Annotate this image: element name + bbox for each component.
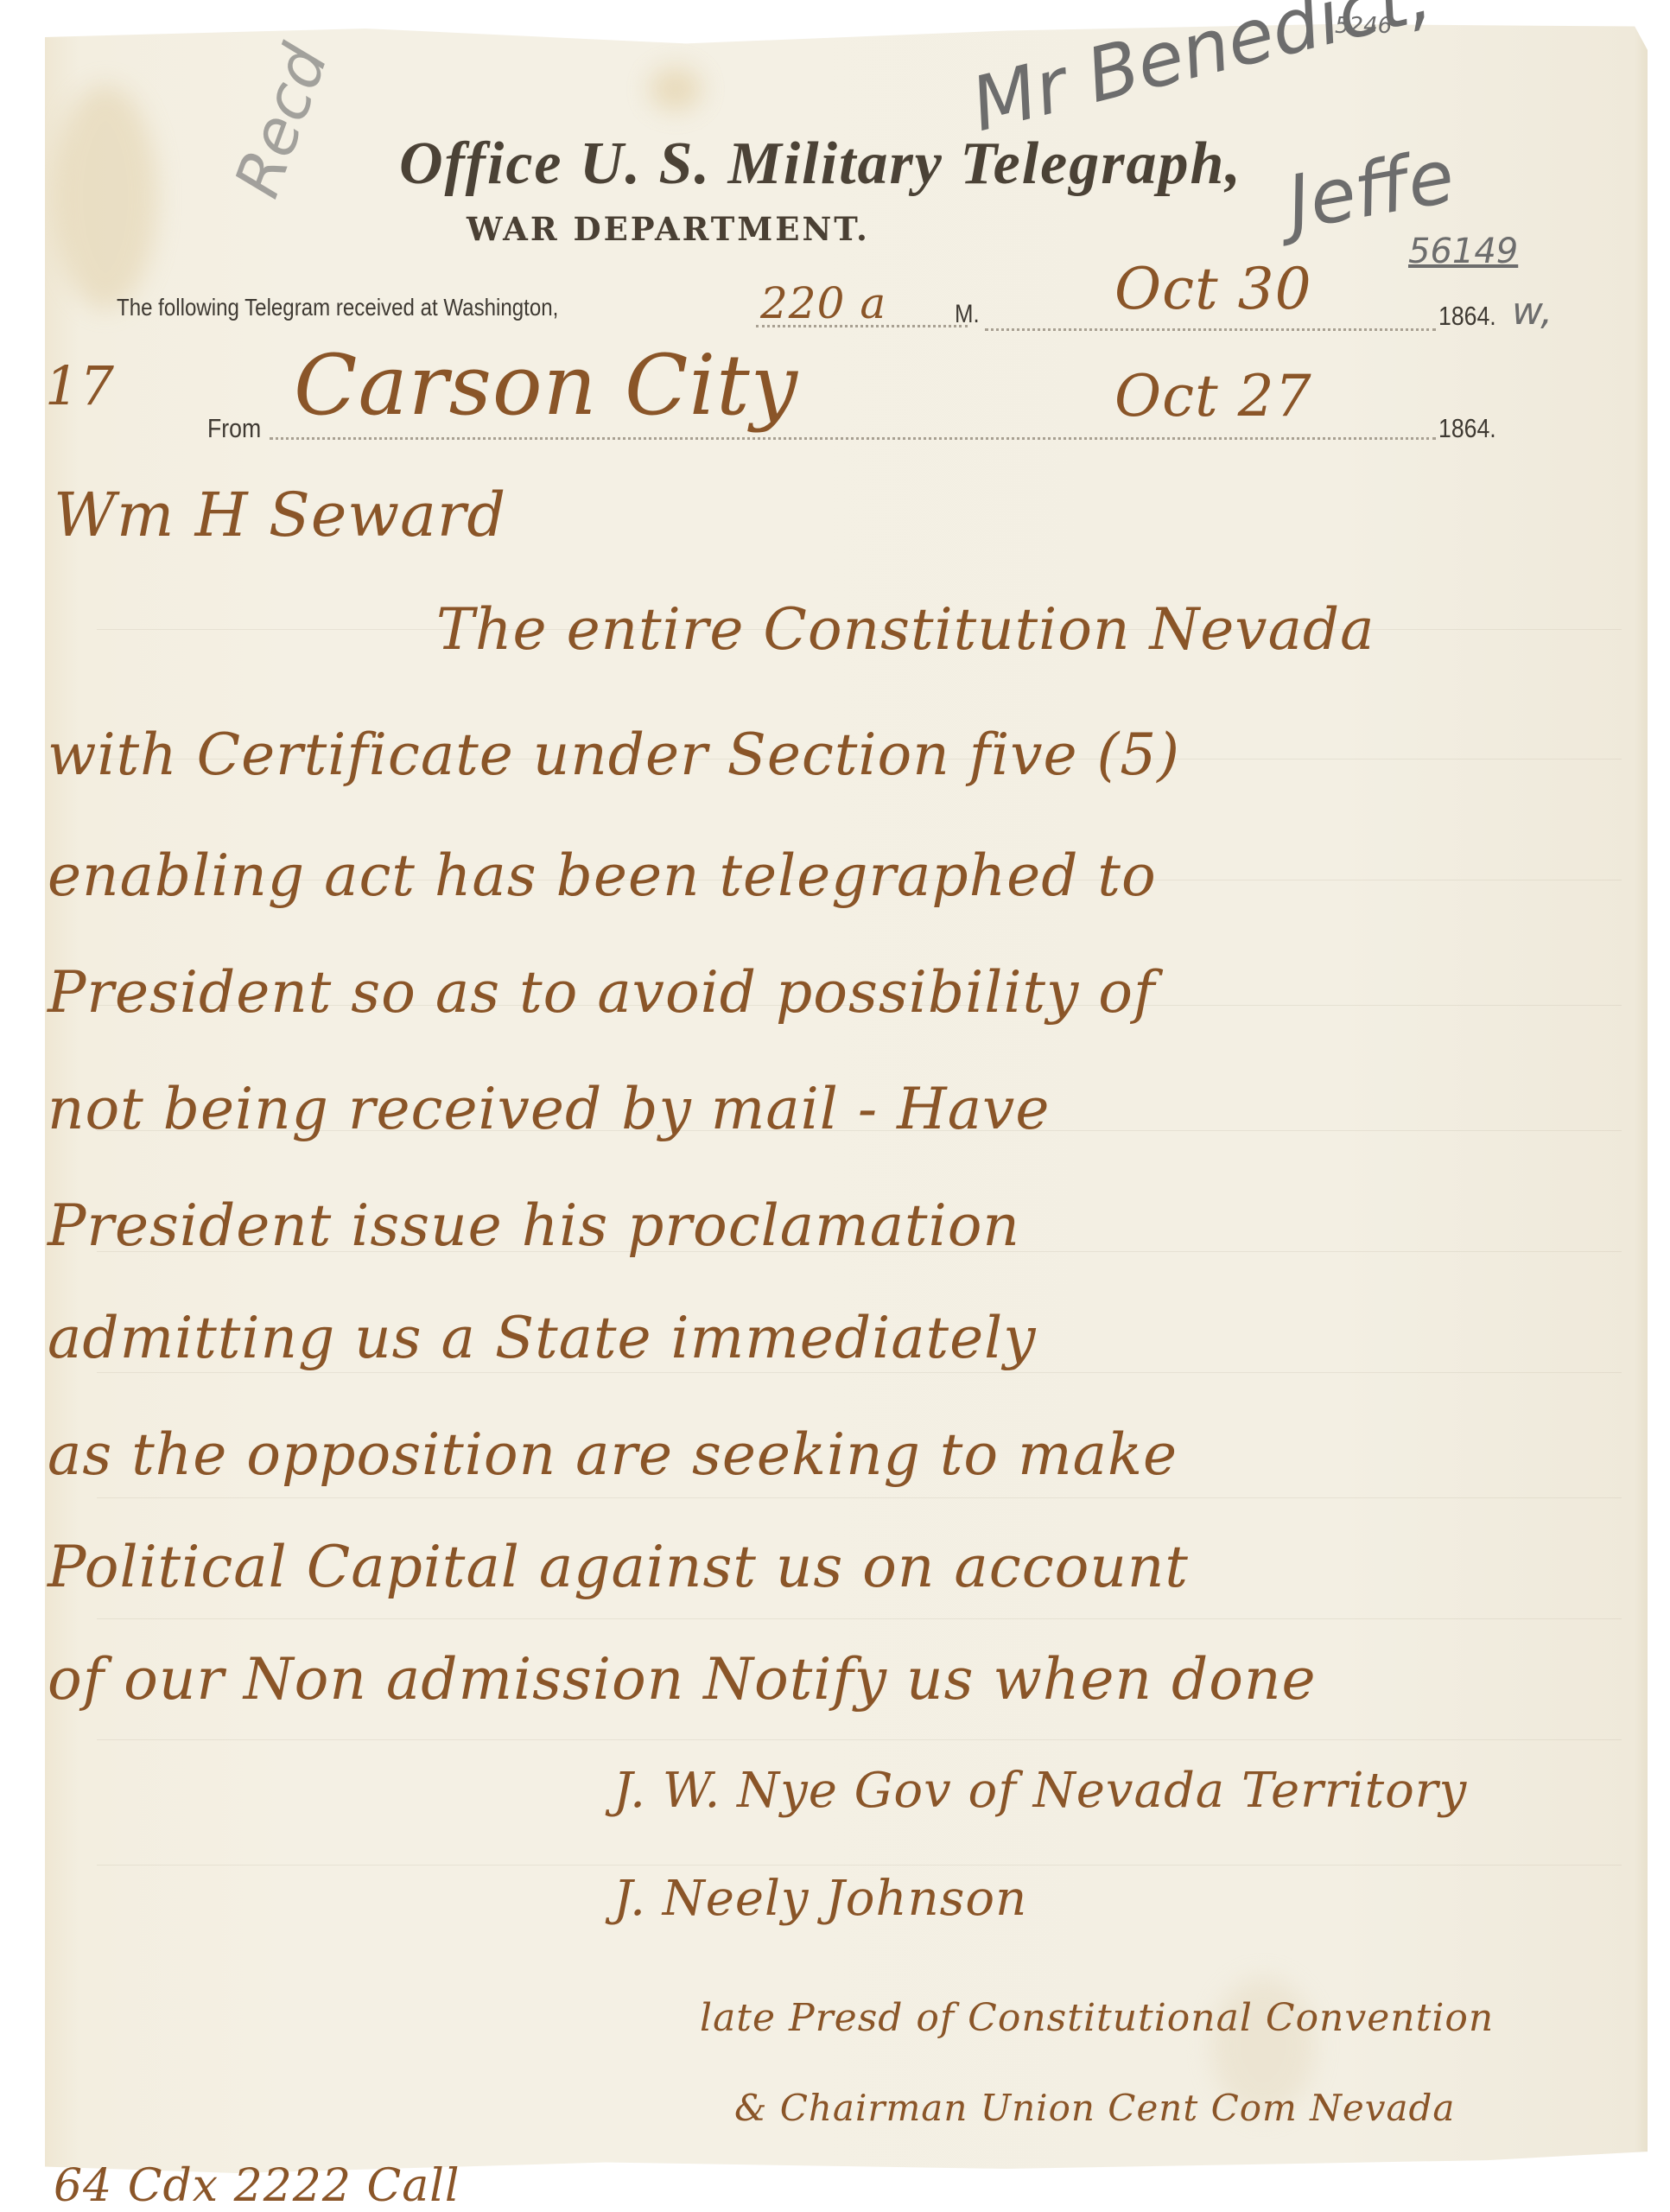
received-year: 1864. (1438, 301, 1496, 332)
letterhead-title: Office U. S. Military Telegraph, (399, 130, 1242, 199)
body-line: not being received by mail - Have (48, 1076, 1050, 1142)
addressee: Wm H Seward (54, 480, 506, 550)
from-place: Carson City (294, 337, 798, 434)
received-year-annotation: w, (1512, 289, 1553, 334)
body-line: admitting us a State immediately (48, 1305, 1037, 1371)
received-label: The following Telegram received at Washi… (117, 294, 558, 321)
from-year: 1864. (1438, 413, 1496, 444)
body-line: President so as to avoid possibility of (48, 959, 1155, 1026)
body-line: with Certificate under Section five (5) (48, 721, 1180, 788)
received-date: Oct 30 (1114, 256, 1312, 322)
body-line: enabling act has been telegraphed to (48, 842, 1157, 909)
letterhead-subtitle: WAR DEPARTMENT. (467, 210, 870, 248)
signature-nye: J. W. Nye Gov of Nevada Territory (613, 1763, 1467, 1819)
signature-title-1: late Presd of Constitutional Convention (700, 1996, 1494, 2040)
signature-title-2: & Chairman Union Cent Com Nevada (734, 2087, 1455, 2129)
body-line: Political Capital against us on account (48, 1534, 1189, 1600)
from-label: From (207, 413, 261, 444)
body-line: The entire Constitution Nevada (436, 596, 1375, 663)
paper-stain (54, 85, 157, 309)
received-time: 220 a (760, 278, 886, 328)
body-line: as the opposition are seeking to make (48, 1421, 1178, 1488)
signature-johnson: J. Neely Johnson (613, 1871, 1027, 1927)
received-time-suffix: M. (955, 300, 980, 329)
body-line: of our Non admission Notify us when done (48, 1646, 1317, 1713)
body-line: President issue his proclamation (48, 1192, 1020, 1259)
margin-mark: 17 (45, 354, 115, 417)
paper-stain (650, 67, 702, 111)
footer-note: 64 Cdx 2222 Call (54, 2160, 460, 2212)
pencil-filing-number: 56149 (1408, 232, 1518, 271)
from-date: Oct 27 (1114, 363, 1312, 429)
